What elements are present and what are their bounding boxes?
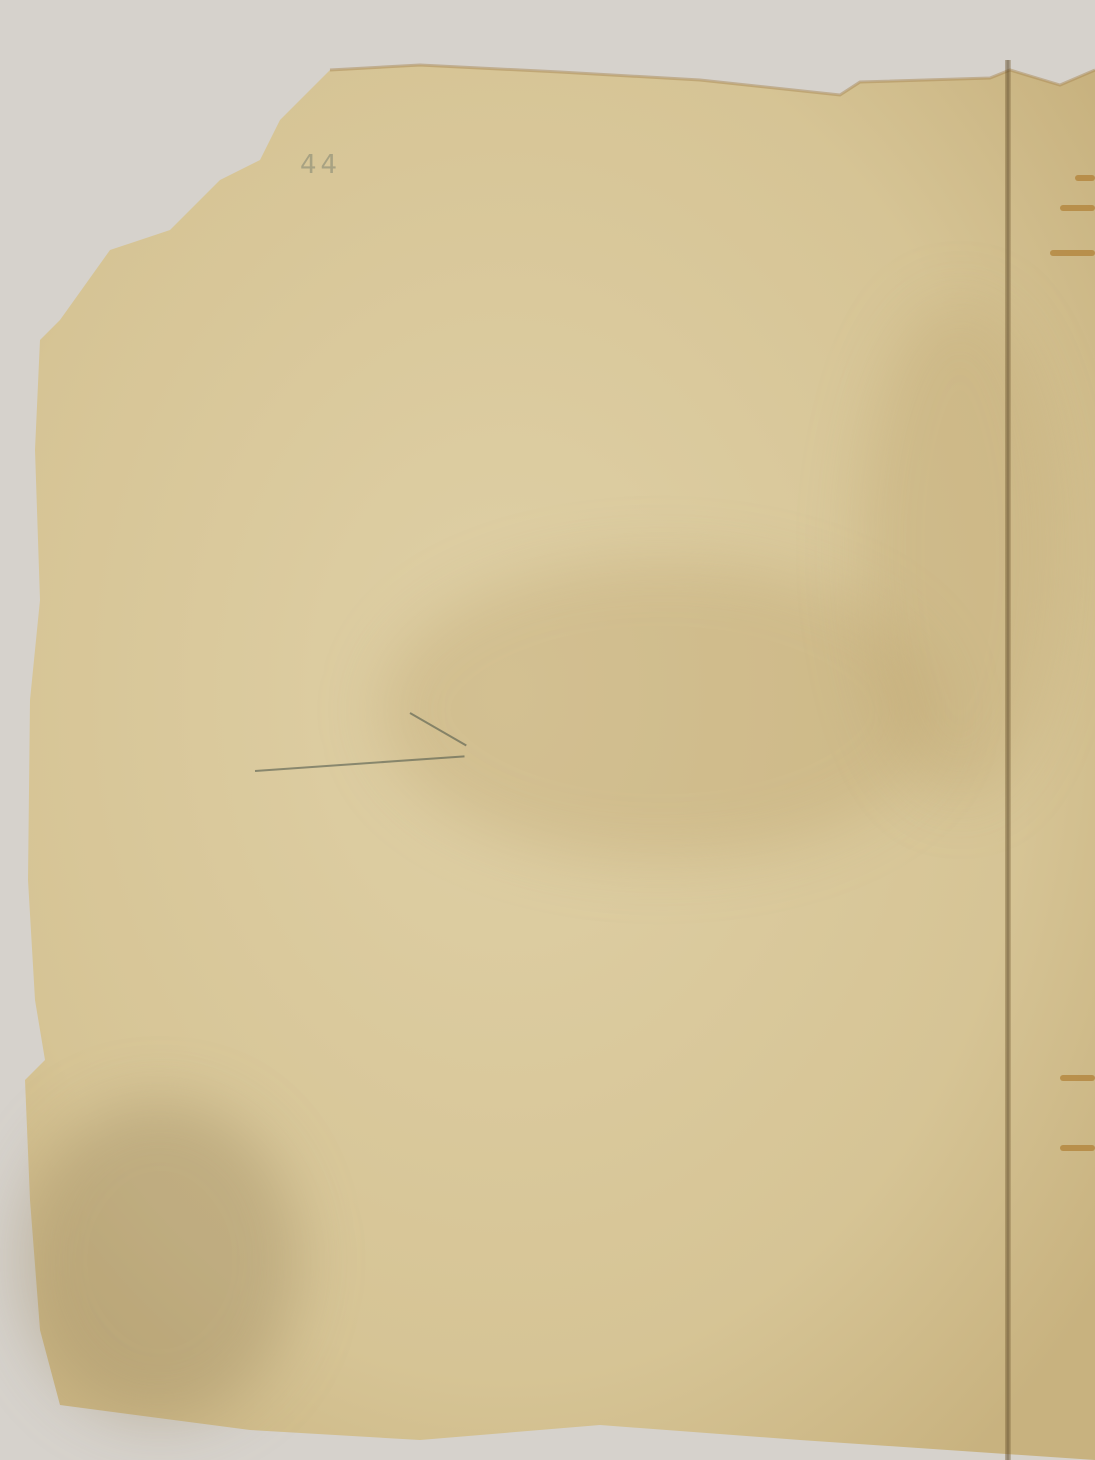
vertical-fold — [1005, 60, 1011, 1460]
ink-mark — [1075, 175, 1095, 181]
ink-mark — [1060, 1075, 1095, 1081]
ink-mark — [1060, 205, 1095, 211]
faint-mark: 44 — [300, 150, 341, 180]
water-stain — [380, 560, 940, 860]
water-stain — [860, 300, 1060, 800]
ink-mark — [1060, 1145, 1095, 1151]
corner-stain — [20, 1100, 300, 1420]
ink-mark — [1050, 250, 1095, 256]
